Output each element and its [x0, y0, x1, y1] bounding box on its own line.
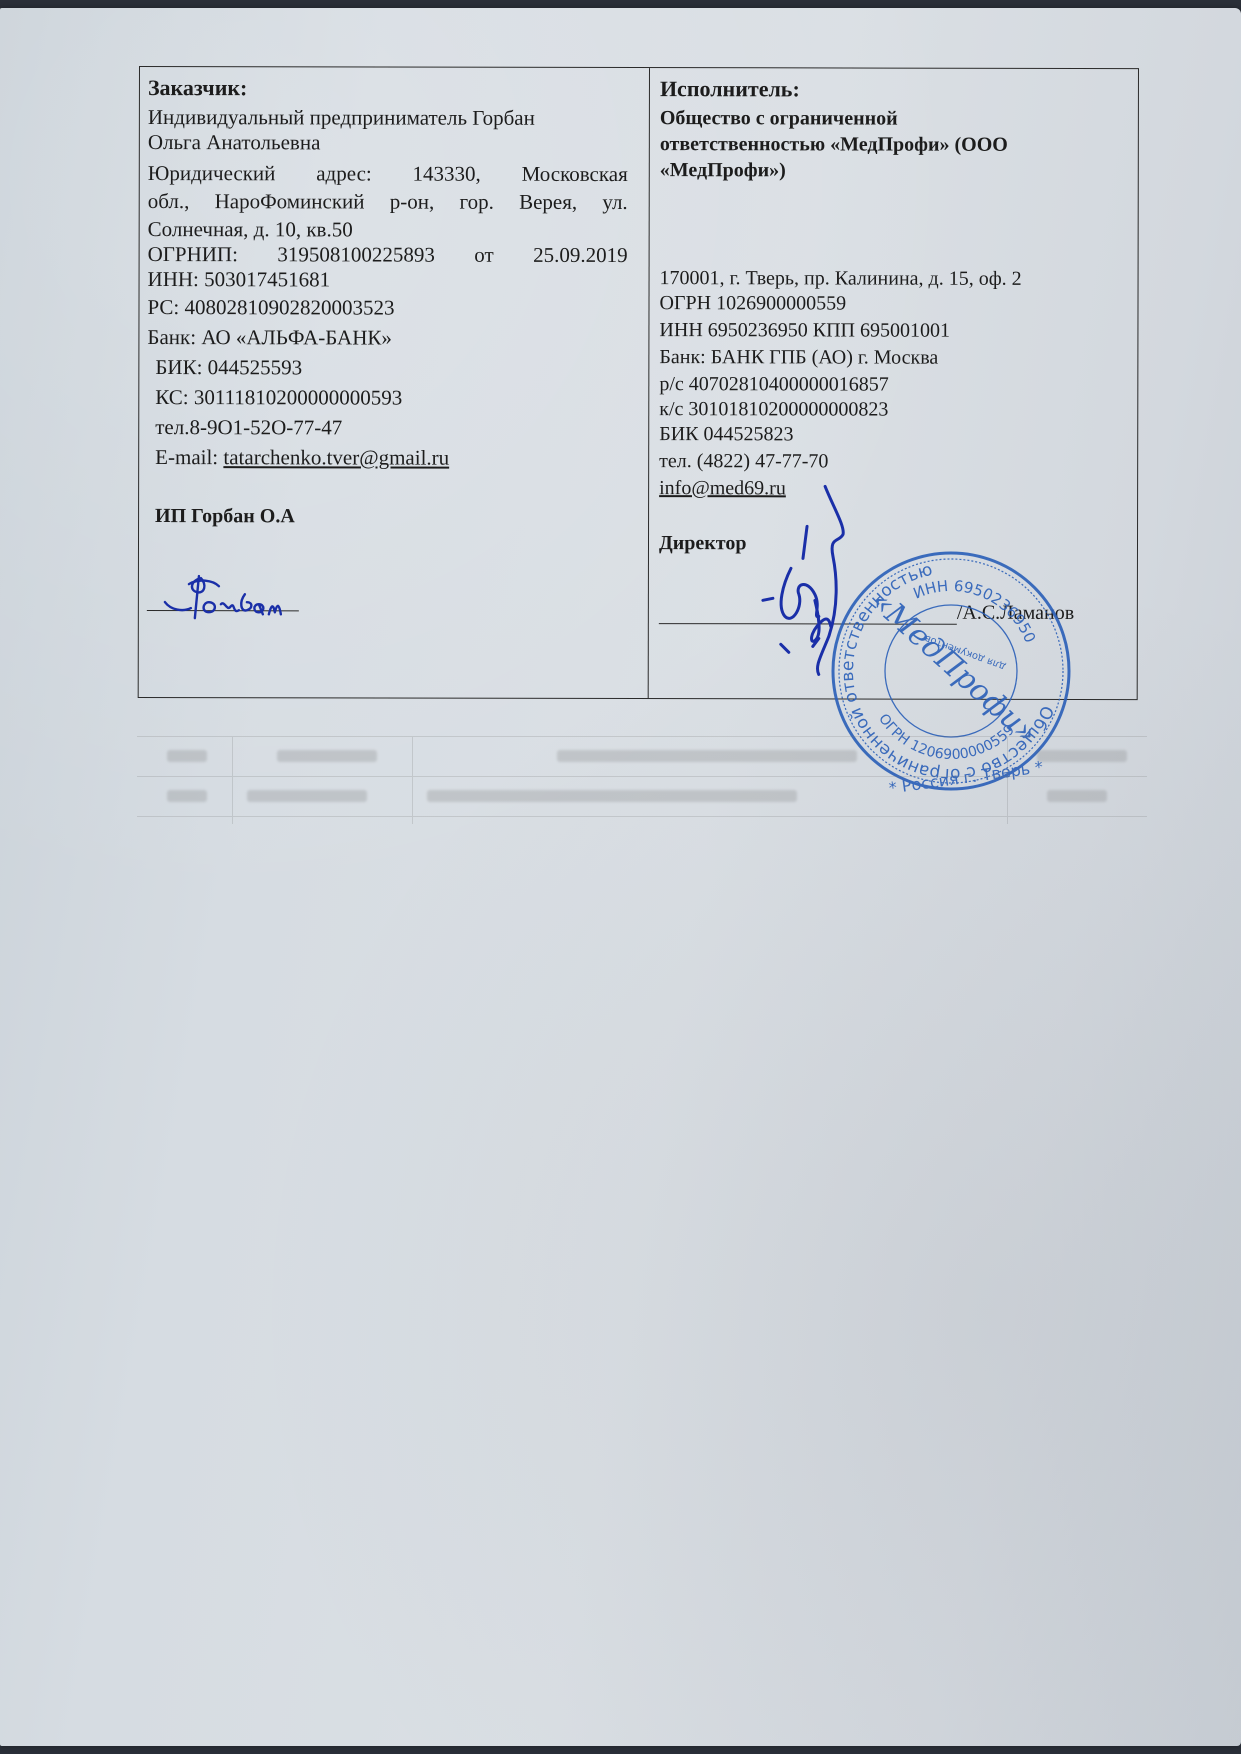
customer-address-line3: Солнечная, д. 10, кв.50 — [148, 217, 628, 243]
customer-email-link[interactable]: tatarchenko.tver@gmail.ru — [223, 445, 449, 469]
contractor-name-line2: ответственностью «МедПрофи» (ООО — [660, 132, 1130, 157]
document-sheet: Заказчик: Индивидуальный предприниматель… — [0, 8, 1241, 1746]
contractor-column: Исполнитель: Общество с ограниченной отв… — [659, 76, 1130, 557]
customer-email-row: E-mail: tatarchenko.tver@gmail.ru — [147, 445, 627, 471]
contractor-address: 170001, г. Тверь, пр. Калинина, д. 15, о… — [660, 266, 1130, 292]
bleed-through-table — [137, 736, 1147, 824]
contractor-phone: тел. (4822) 47-77-70 — [659, 449, 1129, 475]
customer-phone: тел.8-9О1-52О-77-47 — [147, 415, 627, 441]
customer-rs: РС: 40802810902820003523 — [147, 295, 627, 321]
customer-bank: Банк: АО «АЛЬФА-БАНК» — [147, 325, 627, 351]
customer-signatory: ИП Горбан О.А — [147, 504, 627, 529]
customer-bik: БИК: 044525593 — [147, 355, 627, 381]
contractor-bik: БИК 044525823 — [659, 422, 1129, 448]
customer-column: Заказчик: Индивидуальный предприниматель… — [147, 75, 628, 529]
contractor-name-line1: Общество с ограниченной — [660, 106, 1130, 131]
customer-ks: КС: 30111810200000000593 — [147, 385, 627, 411]
contractor-name-line3: «МедПрофи») — [660, 158, 1130, 183]
contractor-ogrn: ОГРН 1026900000559 — [659, 291, 1129, 317]
contractor-ks: к/с 30101810200000000823 — [659, 397, 1129, 423]
contractor-heading: Исполнитель: — [660, 76, 1130, 103]
contractor-rs: р/с 40702810400000016857 — [659, 372, 1129, 398]
customer-heading: Заказчик: — [148, 75, 628, 102]
customer-address-line1: Юридический адрес: 143330, Московская — [148, 161, 628, 187]
contractor-bank: Банк: БАНК ГПБ (АО) г. Москва — [659, 345, 1129, 371]
customer-name-line1: Индивидуальный предприниматель Горбан — [148, 105, 628, 131]
column-divider — [648, 68, 650, 698]
customer-name-line2: Ольга Анатольевна — [148, 130, 628, 156]
customer-address-line2: обл., НароФоминский р-он, гор. Верея, ул… — [148, 189, 628, 215]
contractor-email-link[interactable]: info@med69.ru — [659, 476, 1129, 502]
customer-email-label: E-mail: — [155, 445, 223, 469]
customer-inn: ИНН: 503017451681 — [148, 267, 628, 293]
contractor-inn-kpp: ИНН 6950236950 КПП 695001001 — [659, 318, 1129, 344]
customer-signature-icon — [161, 572, 311, 622]
customer-signature-line — [147, 610, 299, 611]
customer-ogrnip: ОГРНИП: 319508100225893 от 25.09.2019 — [148, 242, 628, 268]
